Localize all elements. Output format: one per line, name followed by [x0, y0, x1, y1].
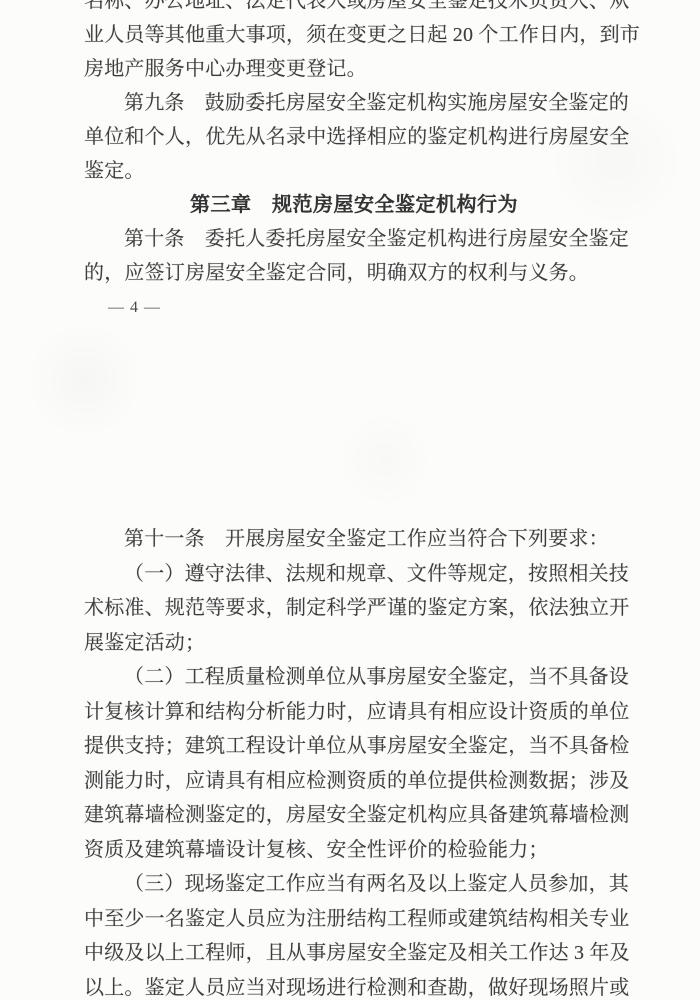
paragraph-change-registration: 名称、办公地址、法定代表人或房屋安全鉴定技术负责人、从 业人员等其他重大事项，须… — [84, 0, 624, 86]
text-line: 中至少一名鉴定人员应为注册结构工程师或建筑结构相关专业 — [84, 902, 624, 937]
text-line: 房地产服务中心办理变更登记。 — [84, 52, 624, 86]
page-number: — 4 — — [84, 298, 624, 318]
text-line: 鉴定。 — [84, 154, 624, 188]
text-line: 第十一条 开展房屋安全鉴定工作应当符合下列要求： — [84, 522, 624, 557]
text-line: 测能力时，应请具有相应检测资质的单位提供检测数据；涉及 — [84, 764, 624, 799]
document-page-5: 第十一条 开展房屋安全鉴定工作应当符合下列要求： （一）遵守法律、法规和规章、文… — [84, 522, 624, 1000]
text-line: 展鉴定活动； — [84, 626, 624, 661]
paragraph-item-1: （一）遵守法律、法规和规章、文件等规定，按照相关技 术标准、规范等要求，制定科学… — [84, 557, 624, 661]
text-line: 中级及以上工程师，且从事房屋安全鉴定及相关工作达 3 年及 — [84, 936, 624, 971]
text-line: （三）现场鉴定工作应当有两名及以上鉴定人员参加，其 — [84, 867, 624, 902]
paragraph-article-10: 第十条 委托人委托房屋安全鉴定机构进行房屋安全鉴定 的，应签订房屋安全鉴定合同，… — [84, 222, 624, 290]
paragraph-article-11: 第十一条 开展房屋安全鉴定工作应当符合下列要求： — [84, 522, 624, 557]
paragraph-item-2: （二）工程质量检测单位从事房屋安全鉴定，当不具备设 计复核计算和结构分析能力时，… — [84, 660, 624, 867]
text-line: （一）遵守法律、法规和规章、文件等规定，按照相关技 — [84, 557, 624, 592]
text-line: 以上。鉴定人员应当对现场进行检测和查勘，做好现场照片或 — [84, 971, 624, 1000]
text-line: 资质及建筑幕墙设计复核、安全性评价的检验能力； — [84, 833, 624, 868]
document-scan: 名称、办公地址、法定代表人或房屋安全鉴定技术负责人、从 业人员等其他重大事项，须… — [0, 0, 700, 1000]
document-page-4: 名称、办公地址、法定代表人或房屋安全鉴定技术负责人、从 业人员等其他重大事项，须… — [84, 0, 624, 318]
text-line: 第九条 鼓励委托房屋安全鉴定机构实施房屋安全鉴定的 — [84, 86, 624, 120]
text-line: 业人员等其他重大事项，须在变更之日起 20 个工作日内，到市 — [84, 18, 624, 52]
chapter-3-heading: 第三章 规范房屋安全鉴定机构行为 — [84, 188, 624, 222]
text-line: 提供支持；建筑工程设计单位从事房屋安全鉴定，当不具备检 — [84, 729, 624, 764]
text-line: 术标准、规范等要求，制定科学严谨的鉴定方案，依法独立开 — [84, 591, 624, 626]
text-line: 计复核计算和结构分析能力时，应请具有相应设计资质的单位 — [84, 695, 624, 730]
paragraph-article-9: 第九条 鼓励委托房屋安全鉴定机构实施房屋安全鉴定的 单位和个人，优先从名录中选择… — [84, 86, 624, 188]
text-line: （二）工程质量检测单位从事房屋安全鉴定，当不具备设 — [84, 660, 624, 695]
text-line: 第十条 委托人委托房屋安全鉴定机构进行房屋安全鉴定 — [84, 222, 624, 256]
page-break-gap — [84, 318, 624, 522]
text-line: 单位和个人，优先从名录中选择相应的鉴定机构进行房屋安全 — [84, 120, 624, 154]
text-line: 名称、办公地址、法定代表人或房屋安全鉴定技术负责人、从 — [84, 0, 624, 18]
paragraph-item-3: （三）现场鉴定工作应当有两名及以上鉴定人员参加，其 中至少一名鉴定人员应为注册结… — [84, 867, 624, 1000]
text-line: 的，应签订房屋安全鉴定合同，明确双方的权利与义务。 — [84, 256, 624, 290]
text-line: 建筑幕墙检测鉴定的，房屋安全鉴定机构应具备建筑幕墙检测 — [84, 798, 624, 833]
